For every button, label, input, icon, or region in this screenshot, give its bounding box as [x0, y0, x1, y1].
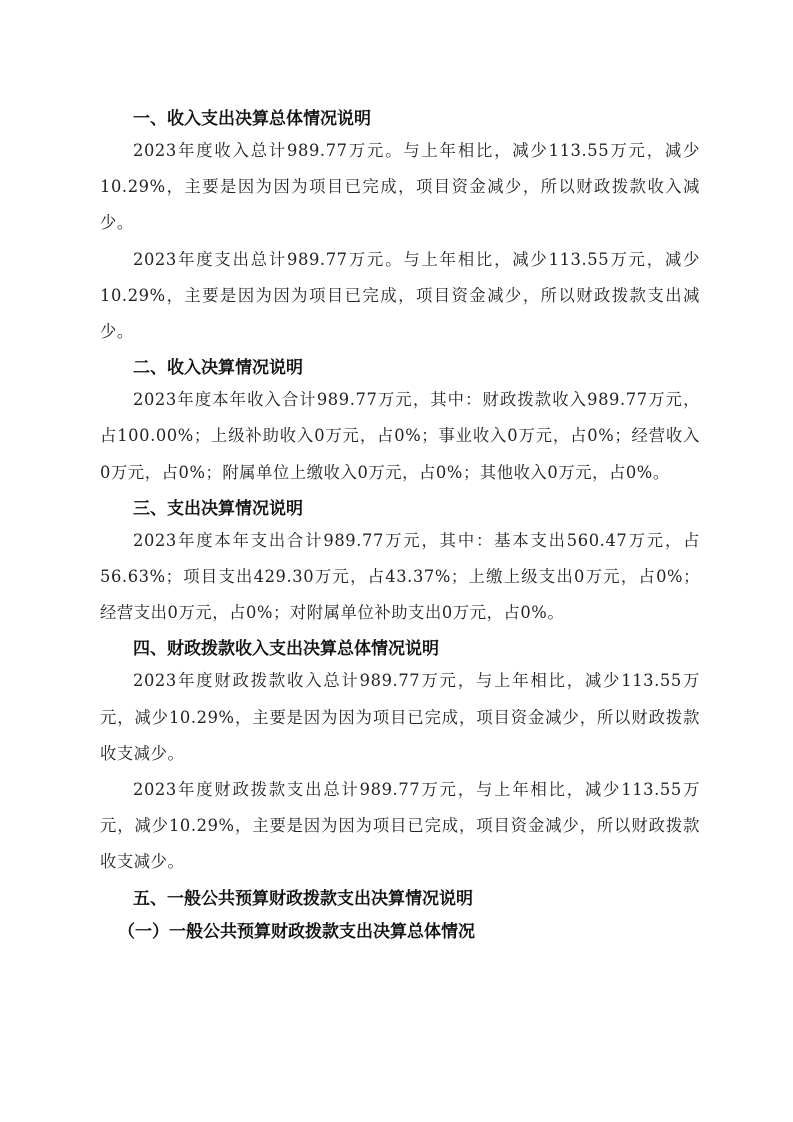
- section-heading: 四、财政拨款收入支出决算总体情况说明: [100, 635, 700, 663]
- paragraph: 2023年度本年支出合计989.77万元，其中：基本支出560.47万元，占56…: [100, 523, 700, 632]
- section-income-expense-overview: 一、收入支出决算总体情况说明 2023年度收入总计989.77万元。与上年相比，…: [100, 105, 700, 350]
- section-income-details: 二、收入决算情况说明 2023年度本年收入合计989.77万元，其中：财政拨款收…: [100, 354, 700, 491]
- document-page: 一、收入支出决算总体情况说明 2023年度收入总计989.77万元。与上年相比，…: [0, 0, 793, 1122]
- section-heading: 一、收入支出决算总体情况说明: [100, 105, 700, 133]
- paragraph: 2023年度本年收入合计989.77万元，其中：财政拨款收入989.77万元，占…: [100, 382, 700, 491]
- paragraph: 2023年度收入总计989.77万元。与上年相比，减少113.55万元，减少10…: [100, 133, 700, 242]
- subsection-heading: （一）一般公共预算财政拨款支出决算总体情况: [100, 918, 700, 946]
- section-heading: 二、收入决算情况说明: [100, 354, 700, 382]
- section-heading: 三、支出决算情况说明: [100, 495, 700, 523]
- section-fiscal-appropriation-overview: 四、财政拨款收入支出决算总体情况说明 2023年度财政拨款收入总计989.77万…: [100, 635, 700, 880]
- section-expense-details: 三、支出决算情况说明 2023年度本年支出合计989.77万元，其中：基本支出5…: [100, 495, 700, 632]
- section-heading: 五、一般公共预算财政拨款支出决算情况说明: [100, 885, 700, 913]
- paragraph: 2023年度财政拨款收入总计989.77万元，与上年相比，减少113.55万元，…: [100, 663, 700, 772]
- paragraph: 2023年度财政拨款支出总计989.77万元，与上年相比，减少113.55万元，…: [100, 772, 700, 881]
- document-body: 一、收入支出决算总体情况说明 2023年度收入总计989.77万元。与上年相比，…: [100, 105, 700, 950]
- paragraph: 2023年度支出总计989.77万元。与上年相比，减少113.55万元，减少10…: [100, 242, 700, 351]
- section-general-public-budget: 五、一般公共预算财政拨款支出决算情况说明 （一）一般公共预算财政拨款支出决算总体…: [100, 885, 700, 946]
